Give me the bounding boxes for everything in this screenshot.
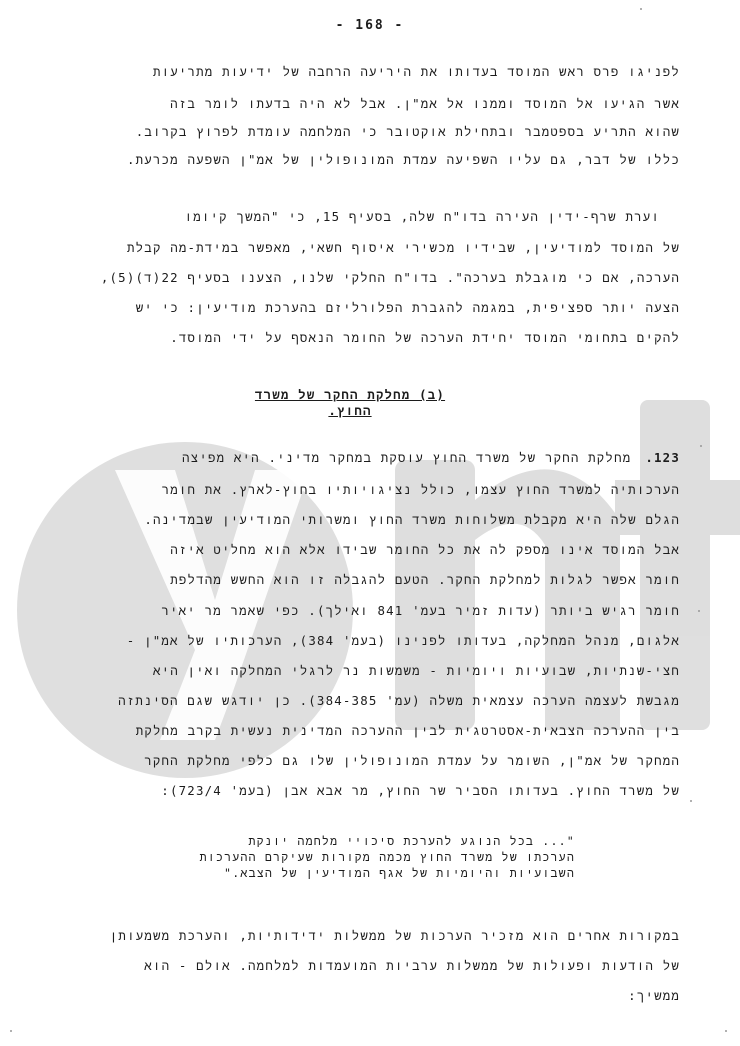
section-heading: (ב) מחלקת החקר של משרד החוץ. bbox=[230, 387, 470, 419]
text-line: לפניגו פרס ראש המוסד בעדותו את היריעה הר… bbox=[153, 64, 680, 80]
text-line: הערכותיה למשרד החוץ עצמו, כולל נציגויותי… bbox=[162, 482, 680, 498]
page-number: - 168 - bbox=[0, 18, 740, 33]
text-line: אשר הגיעו אל המוסד וממנו אל אמ"ן. אבל לא… bbox=[170, 96, 680, 112]
text-line: מחלקת החקר של משרד החוץ עוסקת במחקר מדינ… bbox=[182, 450, 631, 465]
text-line: אלגום, מנהל המחלקה, בעדותו לפנינו (בעמ' … bbox=[127, 633, 680, 649]
text-line: במקורות אחרים הוא מזכיר הערכות של ממשלות… bbox=[110, 928, 680, 944]
text-line: הגלם שלה היא מקבלת משלוחות משרד החוץ ומש… bbox=[144, 512, 680, 528]
text-line: וערת שרף-ידין העירה בדו"ח שלה, בסעיף 15,… bbox=[185, 209, 660, 225]
text-line: ממשיך: bbox=[628, 988, 680, 1004]
scan-speck bbox=[640, 8, 642, 10]
text-line: המחקר של אמ"ן, השומר על עמדת המונופולין … bbox=[144, 753, 680, 769]
text-line: חצי-שנתיות, שבועיות ויומיות - משמשות נר … bbox=[153, 663, 680, 679]
scan-speck bbox=[700, 445, 702, 447]
text-line: חומר רגיש ביותר (עדות זמיר בעמ' 841 ואיל… bbox=[161, 603, 680, 619]
quote-line: "... בכל הנוגע להערכת סיכויי מלחמה יונקת bbox=[248, 835, 575, 848]
text-line: הערכה, אם כי מוגבלת בערכה". בדו"ח החלקי … bbox=[101, 270, 680, 286]
text-line: אבל המוסד אינו מספק לה את כל החומר שבידו… bbox=[170, 542, 680, 558]
text-line: בין ההערכה הצבאית-אסטרטגית לבין ההערכה ה… bbox=[136, 723, 680, 739]
document-page: - 168 - לפניגו פרס ראש המוסד בעדותו את ה… bbox=[0, 0, 740, 1046]
text-line: כללו של דבר, גם עליו השפיעה עמדת המונופו… bbox=[127, 152, 680, 168]
scan-speck bbox=[725, 1030, 727, 1032]
text-line: חומר אפשר לגלות למחלקת החקר. הטעם להגבלה… bbox=[170, 572, 680, 588]
text-line: הצעה יותר ספציפית, במגמה להגברת הפלורליז… bbox=[136, 300, 680, 316]
scan-speck bbox=[698, 610, 700, 612]
text-line: להקים בתחומי המוסד יחידת הערכה של החומר … bbox=[170, 330, 680, 346]
text-line: שהוא התריע בספטמבר ובתחילת אוקטובר כי המ… bbox=[136, 124, 680, 140]
quote-line: השבועיות והיומיות של אגף המודיעין של הצב… bbox=[224, 867, 575, 880]
text-line: של משרד החוץ. בעדותו הסביר שר החוץ, מר א… bbox=[161, 783, 680, 799]
text-line: של הודעות ופעולות של ממשלות ערביות המועמ… bbox=[144, 958, 680, 974]
scan-speck bbox=[690, 800, 692, 802]
text-line: מגבשת לעצמה הערכה עצמאית משלה (עמ' 384-3… bbox=[118, 693, 680, 709]
paragraph-number: 123. bbox=[645, 450, 680, 465]
quote-line: הערכתו של משרד החוץ מכמה מקורות שעיקרם ה… bbox=[200, 851, 575, 864]
text-line: של המוסד למודיעין, שבידיו מכשירי איסוף ח… bbox=[127, 240, 680, 256]
scan-speck bbox=[10, 1030, 12, 1032]
